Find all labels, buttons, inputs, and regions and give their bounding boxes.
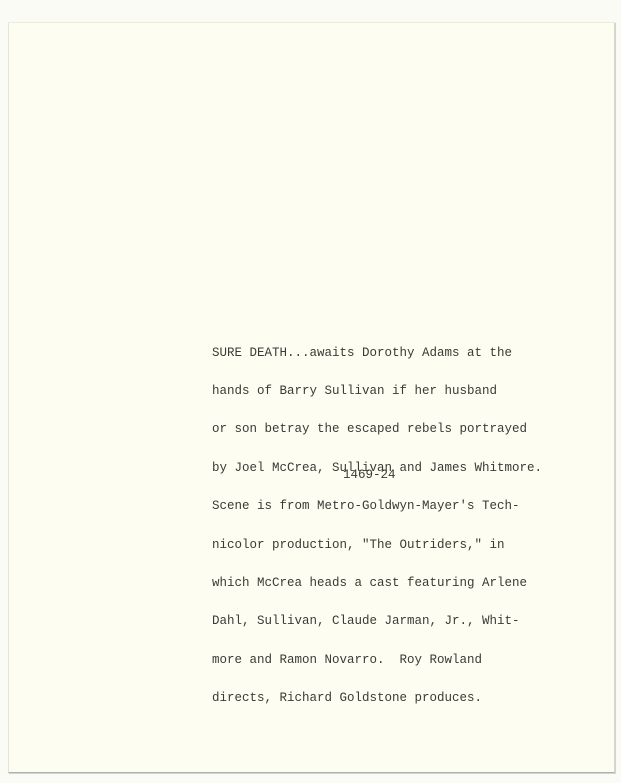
caption-line: directs, Richard Goldstone produces. — [212, 692, 542, 705]
caption-line: hands of Barry Sullivan if her husband — [212, 385, 542, 398]
caption-text: SURE DEATH...awaits Dorothy Adams at the… — [212, 321, 542, 731]
reference-number: 1469-24 — [343, 468, 396, 482]
caption-line: which McCrea heads a cast featuring Arle… — [212, 577, 542, 590]
caption-line: Dahl, Sullivan, Claude Jarman, Jr., Whit… — [212, 615, 542, 628]
caption-line: or son betray the escaped rebels portray… — [212, 423, 542, 436]
caption-line: nicolor production, "The Outriders," in — [212, 539, 542, 552]
caption-line: Scene is from Metro-Goldwyn-Mayer's Tech… — [212, 500, 542, 513]
photo-back-paper: SURE DEATH...awaits Dorothy Adams at the… — [8, 22, 615, 773]
caption-line: SURE DEATH...awaits Dorothy Adams at the — [212, 347, 542, 360]
caption-line: more and Ramon Novarro. Roy Rowland — [212, 654, 542, 667]
